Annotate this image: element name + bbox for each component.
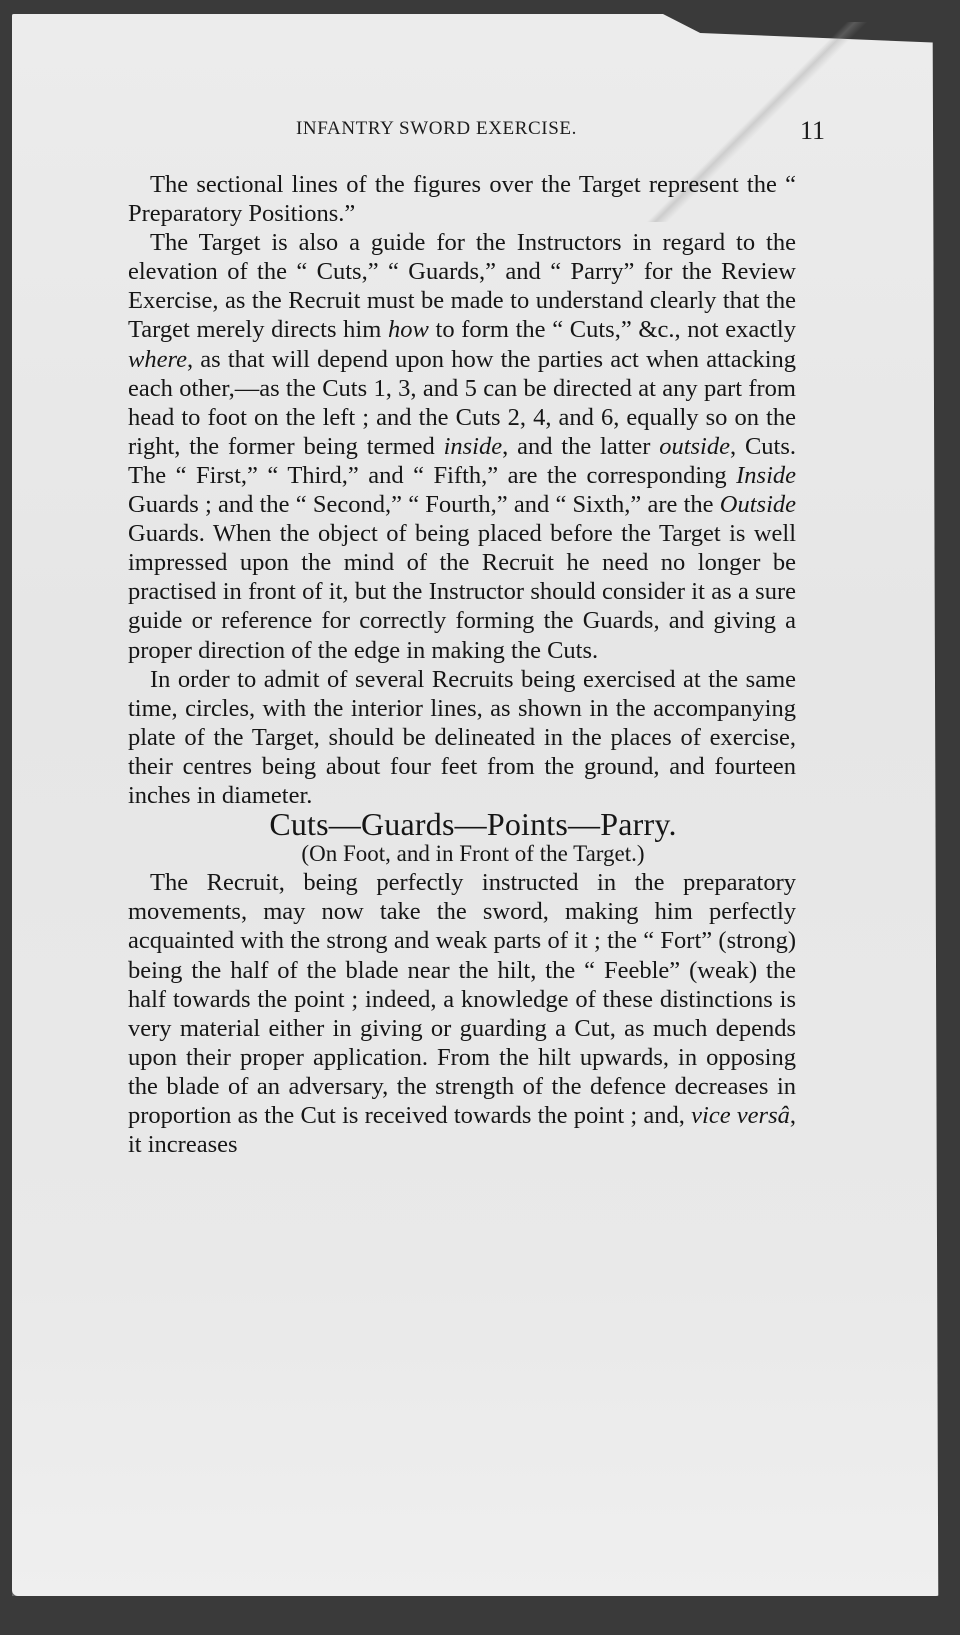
text-run: Guards. When the object of being placed … xyxy=(128,520,796,663)
text-run: In order to admit of several Recruits be… xyxy=(128,666,796,809)
text-run: Guards ; and the “ Second,” “ Fourth,” a… xyxy=(128,491,720,518)
text-run: The Recruit, being perfectly instructed … xyxy=(128,869,796,1129)
page-number: 11 xyxy=(800,116,825,146)
section-heading: Cuts—Guards—Points—Parry. xyxy=(128,810,796,839)
section-subheading: (On Foot, and in Front of the Target.) xyxy=(128,839,796,868)
italic-text: where xyxy=(128,346,187,373)
italic-text: how xyxy=(388,316,429,343)
paragraph-recruit-sword: The Recruit, being perfectly instructed … xyxy=(128,868,796,1159)
body-text: The sectional lines of the figures over … xyxy=(128,170,796,1159)
running-head: INFANTRY SWORD EXERCISE. xyxy=(296,118,577,140)
paragraph-sectional-lines: The sectional lines of the figures over … xyxy=(128,170,796,228)
italic-text: inside xyxy=(444,433,503,460)
italic-text: Outside xyxy=(720,491,796,518)
paragraph-several-recruits: In order to admit of several Recruits be… xyxy=(128,665,796,810)
text-run: to form the “ Cuts,” &c., not exactly xyxy=(429,316,796,343)
italic-text: vice versâ xyxy=(691,1102,790,1129)
paragraph-target-guide: The Target is also a guide for the Instr… xyxy=(128,228,796,664)
italic-text: outside xyxy=(659,433,730,460)
italic-text: Inside xyxy=(736,462,796,489)
text-run: , and the latter xyxy=(502,433,659,460)
text-run: The sectional lines of the figures over … xyxy=(128,171,796,227)
